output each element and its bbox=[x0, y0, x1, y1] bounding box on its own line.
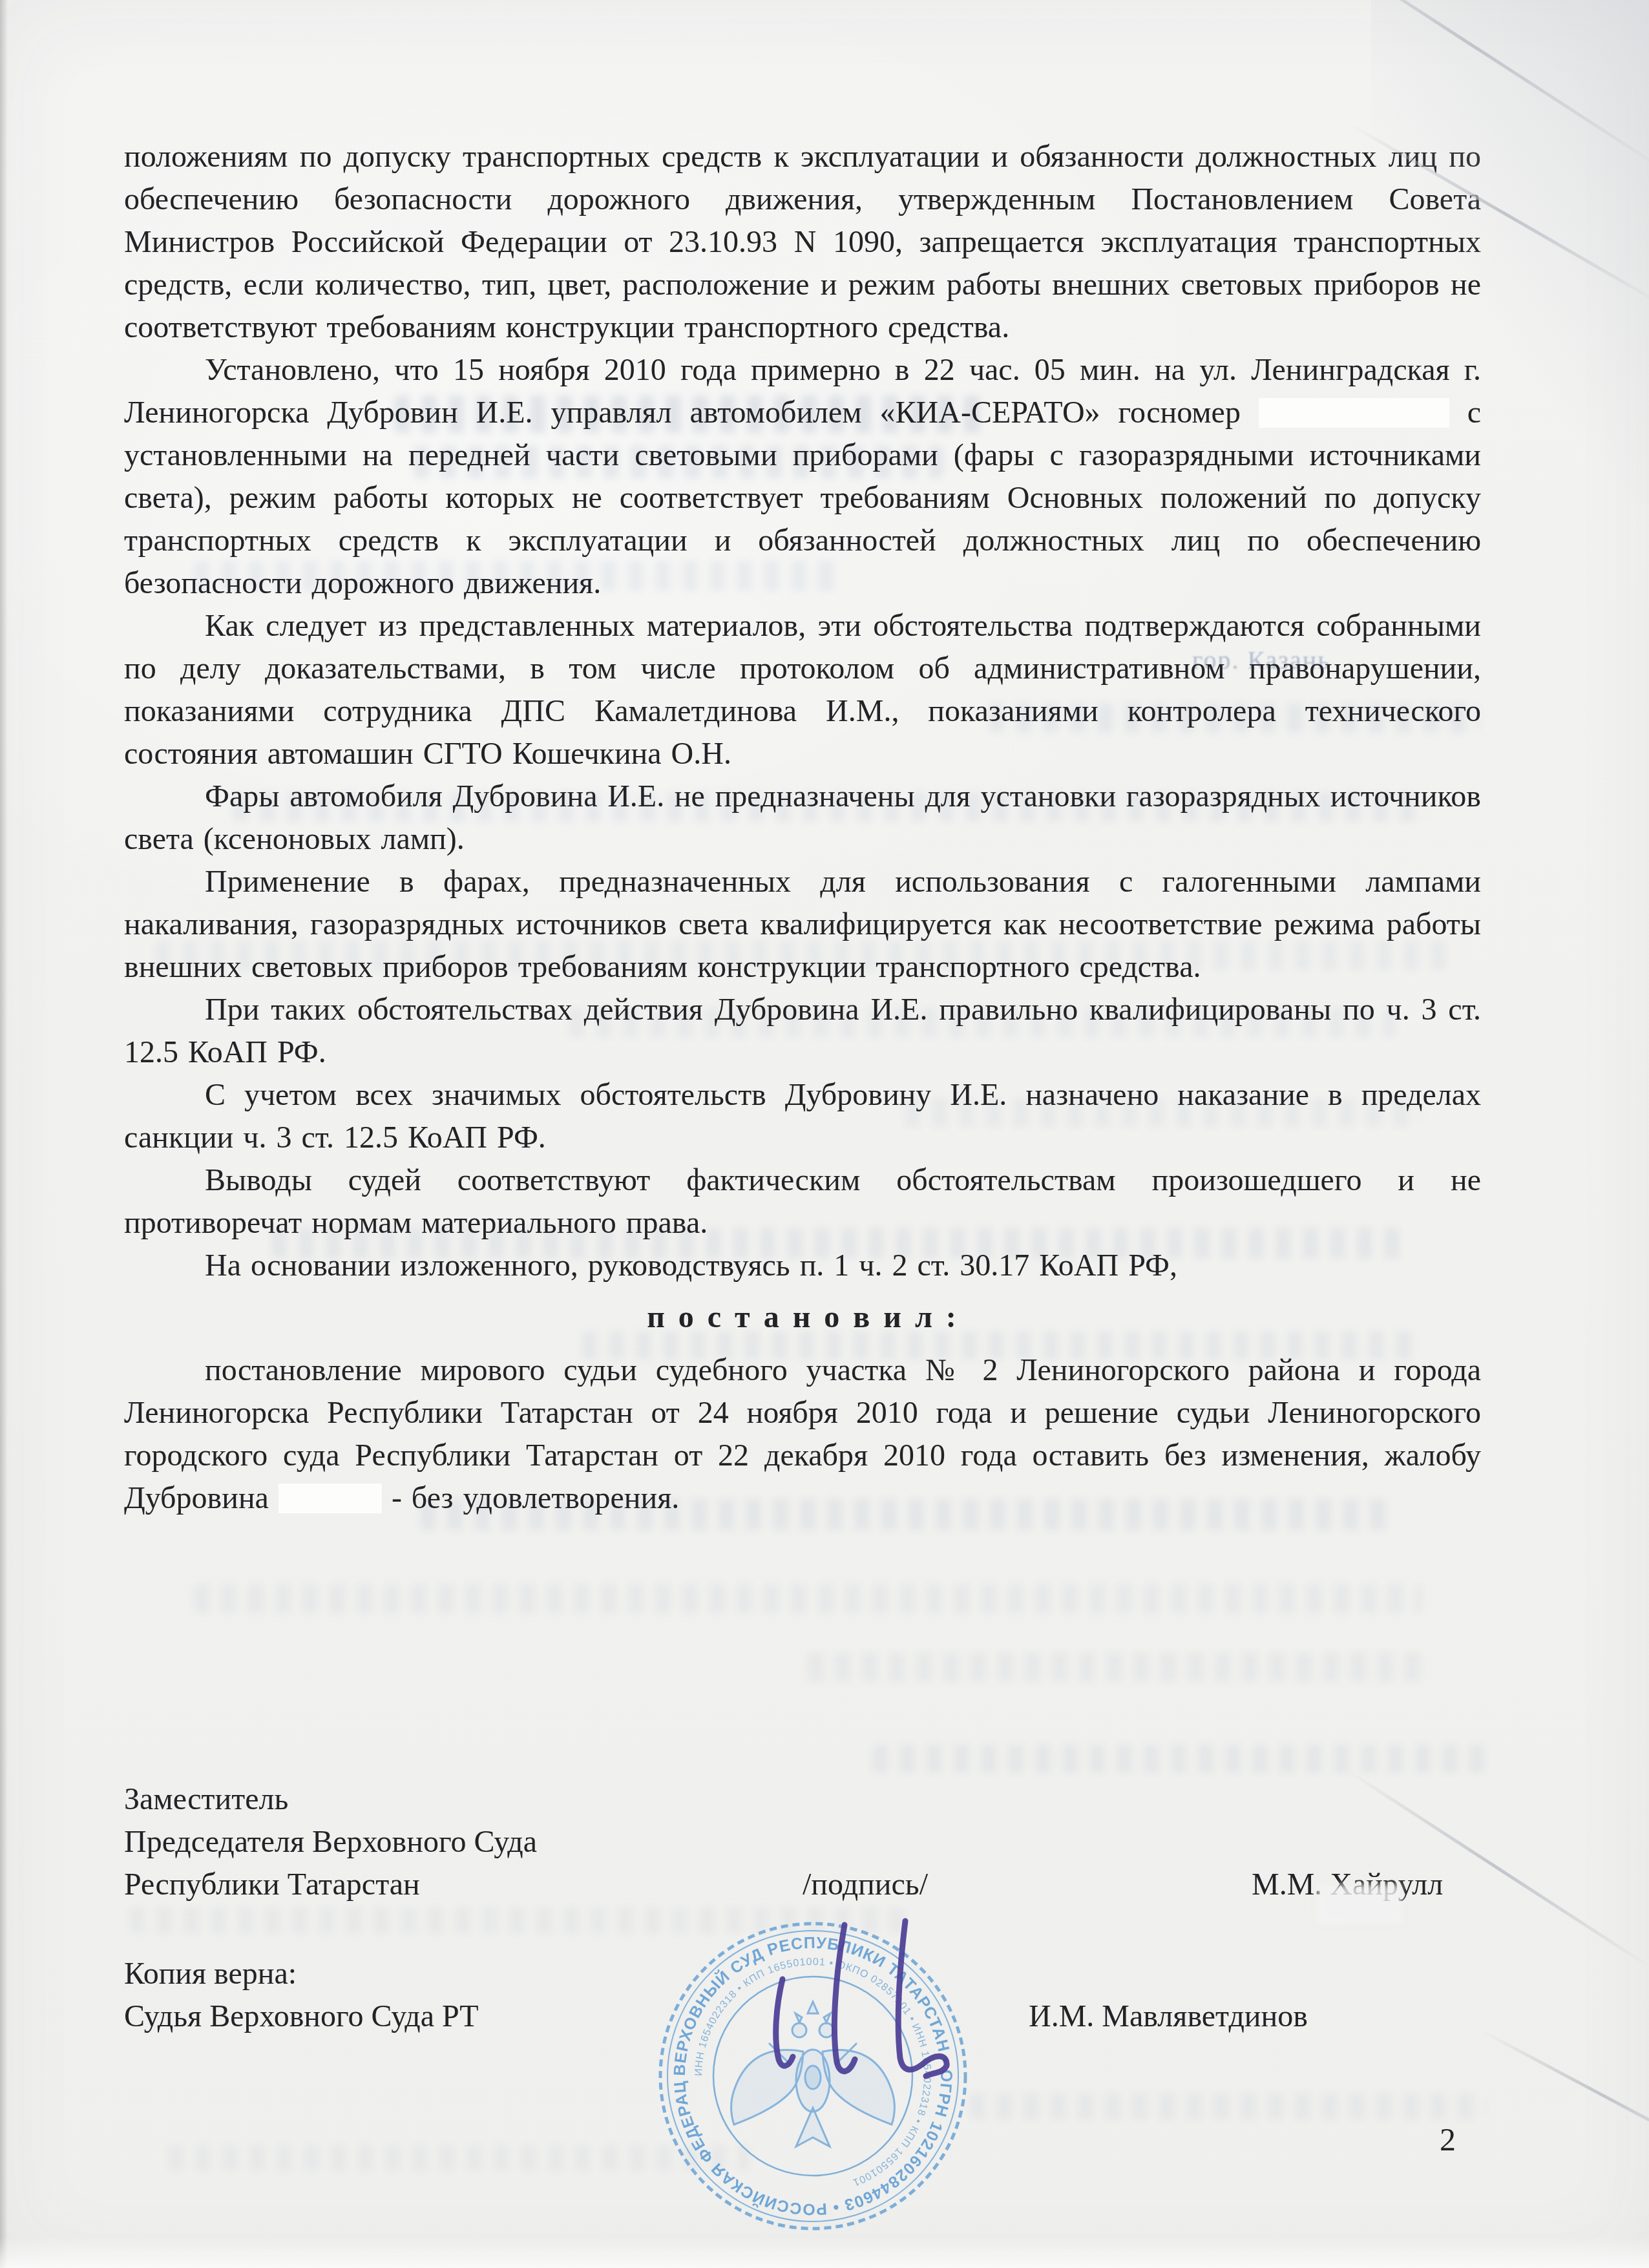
signature-block-text: Заместитель bbox=[124, 1778, 288, 1821]
redaction-gap bbox=[278, 1484, 382, 1513]
paragraph: При таких обстоятельствах действия Дубро… bbox=[124, 989, 1481, 1074]
signature-block: ЗаместительПредседателя Верховного СудаР… bbox=[124, 1778, 1481, 1906]
paragraph-text: Как следует из представленных материалов… bbox=[124, 609, 1481, 771]
signature-block-text: И.М. Мавляветдинов bbox=[1029, 1995, 1308, 2038]
signature-block-text: /подпись/ bbox=[803, 1864, 928, 1906]
paragraph-text: положениям по допуску транспортных средс… bbox=[124, 140, 1481, 344]
paragraph-text: - без удовлетворения. bbox=[392, 1481, 679, 1515]
page-number: 2 bbox=[1440, 2121, 1456, 2158]
document-scan-page: гор. Казань положениям по допуску трансп… bbox=[0, 0, 1649, 2268]
signature-block-line: Заместитель bbox=[124, 1778, 1481, 1821]
paragraph-text: Фары автомобиля Дубровина И.Е. не предна… bbox=[124, 779, 1481, 856]
scan-edge-bottom bbox=[0, 2237, 1649, 2268]
paper-fold-shading bbox=[1371, 0, 1649, 504]
paragraph: Как следует из представленных материалов… bbox=[124, 605, 1481, 775]
signature-block-line: Председателя Верховного Суда bbox=[124, 1821, 1481, 1864]
paragraph: постановление мирового судьи судебного у… bbox=[124, 1349, 1481, 1520]
signature-block-text: Судья Верховного Суда РТ bbox=[124, 1995, 479, 2038]
signature-block-line: Судья Верховного Суда РТИ.М. Мавляветдин… bbox=[124, 1995, 1481, 2038]
resolution-heading: п о с т а н о в и л : bbox=[124, 1296, 1481, 1339]
signature-block-line: Копия верна: bbox=[124, 1953, 1481, 1995]
bleed-through-smudge bbox=[808, 1653, 1422, 1681]
copy-certification-block: Копия верна:Судья Верховного Суда РТИ.М.… bbox=[124, 1953, 1481, 2038]
paragraph: положениям по допуску транспортных средс… bbox=[124, 136, 1481, 349]
signature-block-line: Республики Татарстан/подпись/М.М. Хайрул… bbox=[124, 1864, 1481, 1906]
paragraph-text: Выводы судей соответствуют фактическим о… bbox=[124, 1163, 1481, 1240]
paragraph: Установлено, что 15 ноября 2010 года при… bbox=[124, 349, 1481, 605]
paragraph-text: На основании изложенного, руководствуясь… bbox=[205, 1248, 1177, 1283]
signature-block-text: Республики Татарстан bbox=[124, 1864, 420, 1906]
paragraph: Фары автомобиля Дубровина И.Е. не предна… bbox=[124, 775, 1481, 861]
paragraph: На основании изложенного, руководствуясь… bbox=[124, 1244, 1481, 1287]
scan-smear bbox=[1317, 1884, 1402, 1924]
paragraph-text: При таких обстоятельствах действия Дубро… bbox=[124, 992, 1481, 1069]
scan-edge-left bbox=[0, 0, 8, 2268]
paragraph: С учетом всех значимых обстоятельств Дуб… bbox=[124, 1074, 1481, 1159]
bleed-through-smudge bbox=[872, 1745, 1486, 1773]
paragraph: Выводы судей соответствуют фактическим о… bbox=[124, 1159, 1481, 1244]
document-text: положениям по допуску транспортных средс… bbox=[124, 136, 1481, 1520]
paragraph: Применение в фарах, предназначенных для … bbox=[124, 861, 1481, 989]
paragraph-text: С учетом всех значимых обстоятельств Дуб… bbox=[124, 1078, 1481, 1155]
signature-block-text: Председателя Верховного Суда bbox=[124, 1821, 537, 1864]
signature-block-text: Копия верна: bbox=[124, 1953, 297, 1995]
bleed-through-smudge bbox=[194, 1584, 1422, 1613]
paragraph-text: Применение в фарах, предназначенных для … bbox=[124, 865, 1481, 984]
bleed-through-smudge bbox=[969, 2094, 1486, 2119]
paper-crease bbox=[1482, 2030, 1649, 2161]
